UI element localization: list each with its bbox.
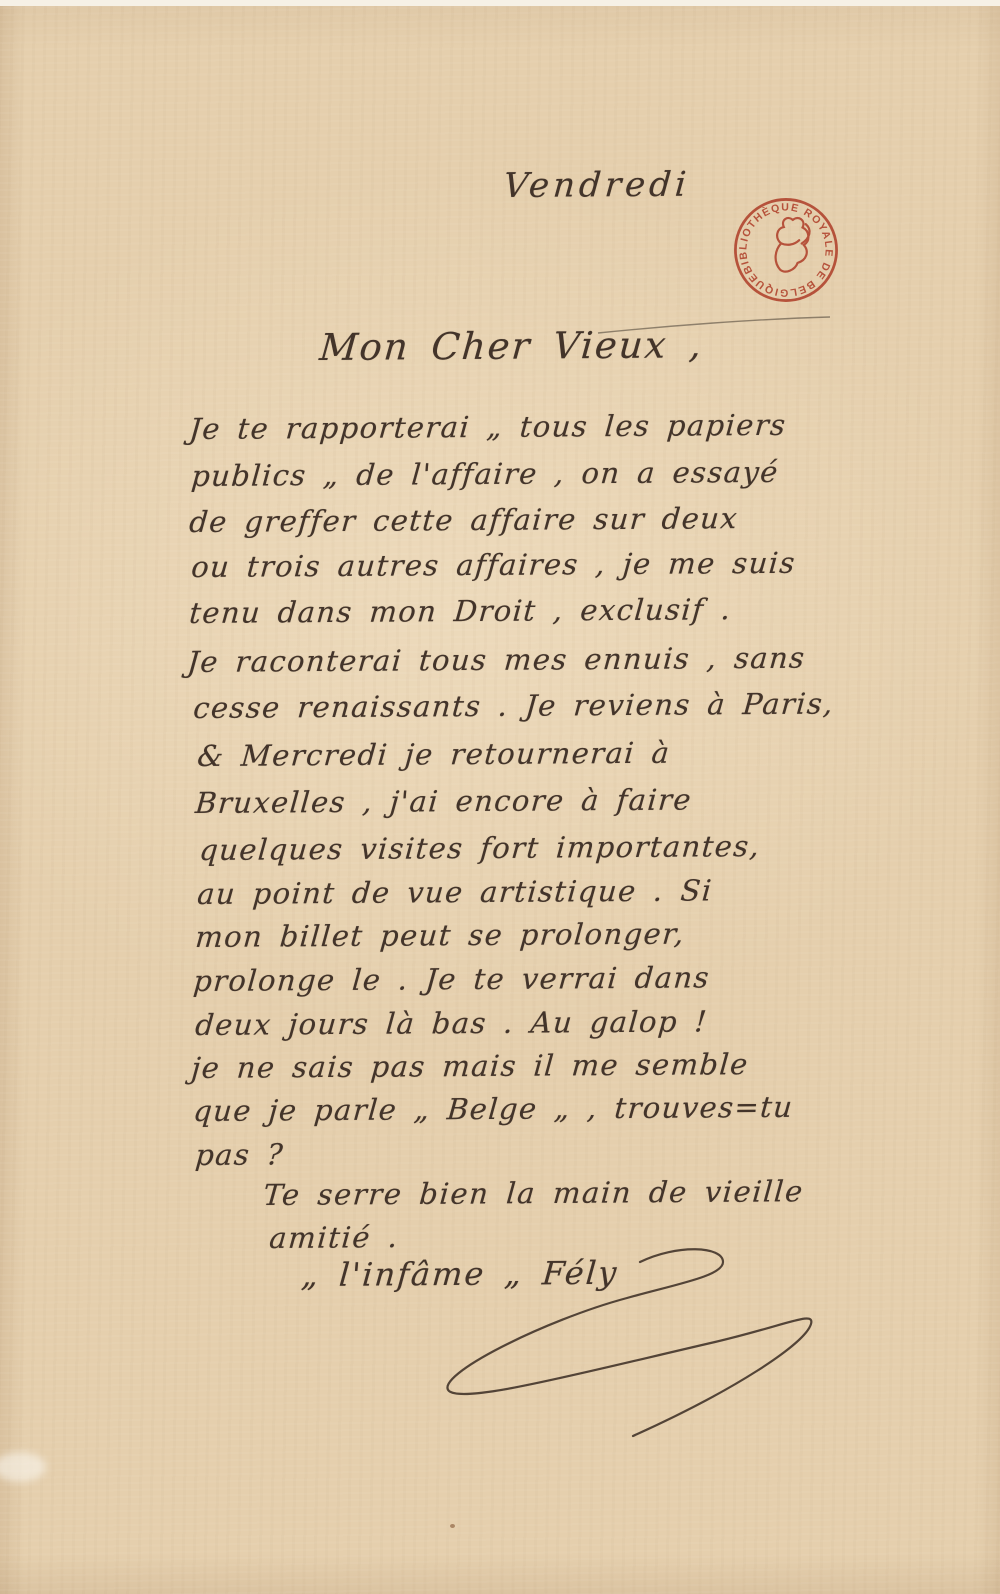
body-line: & Mercredi je retournerai à [196, 736, 672, 773]
body-line: Je te rapporterai „ tous les papiers [188, 408, 788, 446]
body-line: ou trois autres affaires , je me suis [190, 546, 797, 584]
body-line: Bruxelles , j'ai encore à faire [194, 783, 693, 820]
date-heading: Vendredi [502, 165, 692, 206]
closing-line: Te serre bien la main de vieille [262, 1174, 805, 1212]
body-line: mon billet peut se prolonger, [194, 917, 686, 954]
scan-edge-strip [0, 0, 1000, 6]
body-line: tenu dans mon Droit , exclusif . [188, 592, 733, 630]
body-line: de greffer cette affaire sur deux [188, 501, 740, 539]
body-line: que je parle „ Belge „ , trouves=tu [192, 1090, 795, 1128]
paper-scuff [0, 1452, 46, 1482]
body-line: prolonge le . Je te verrai dans [192, 960, 711, 998]
salutation: Mon Cher Vieux , [318, 323, 705, 369]
signature-text: „ l'infâme „ Fély [300, 1254, 620, 1294]
closing-line: amitié . [268, 1220, 400, 1255]
stamp-curved-text: BIBLIOTHÈQUE ROYALE DE BELGIQUE [729, 193, 843, 307]
library-stamp: BIBLIOTHÈQUE ROYALE DE BELGIQUE [729, 193, 843, 307]
letter-page: Vendredi BIBLIOTHÈQUE ROYALE DE BELGIQUE… [0, 0, 1000, 1594]
heraldic-lion-icon [769, 215, 816, 273]
body-line: au point de vue artistique . Si [196, 873, 714, 911]
body-line: quelques visites fort importantes, [198, 829, 762, 867]
body-line: publics „ de l'affaire , on a essayé [190, 455, 780, 493]
body-line: deux jours là bas . Au galop ! [194, 1004, 709, 1042]
paper-speck [450, 1524, 455, 1528]
stamp-outer-ring [735, 199, 836, 300]
body-line: pas ? [194, 1137, 285, 1172]
body-line: je ne sais pas mais il me semble [190, 1047, 750, 1085]
svg-text:BIBLIOTHÈQUE ROYALE DE BELGIQU: BIBLIOTHÈQUE ROYALE DE BELGIQUE [729, 193, 843, 307]
body-line: Je raconterai tous mes ennuis , sans [186, 641, 807, 679]
body-line: cesse renaissants . Je reviens à Paris, [192, 687, 835, 725]
